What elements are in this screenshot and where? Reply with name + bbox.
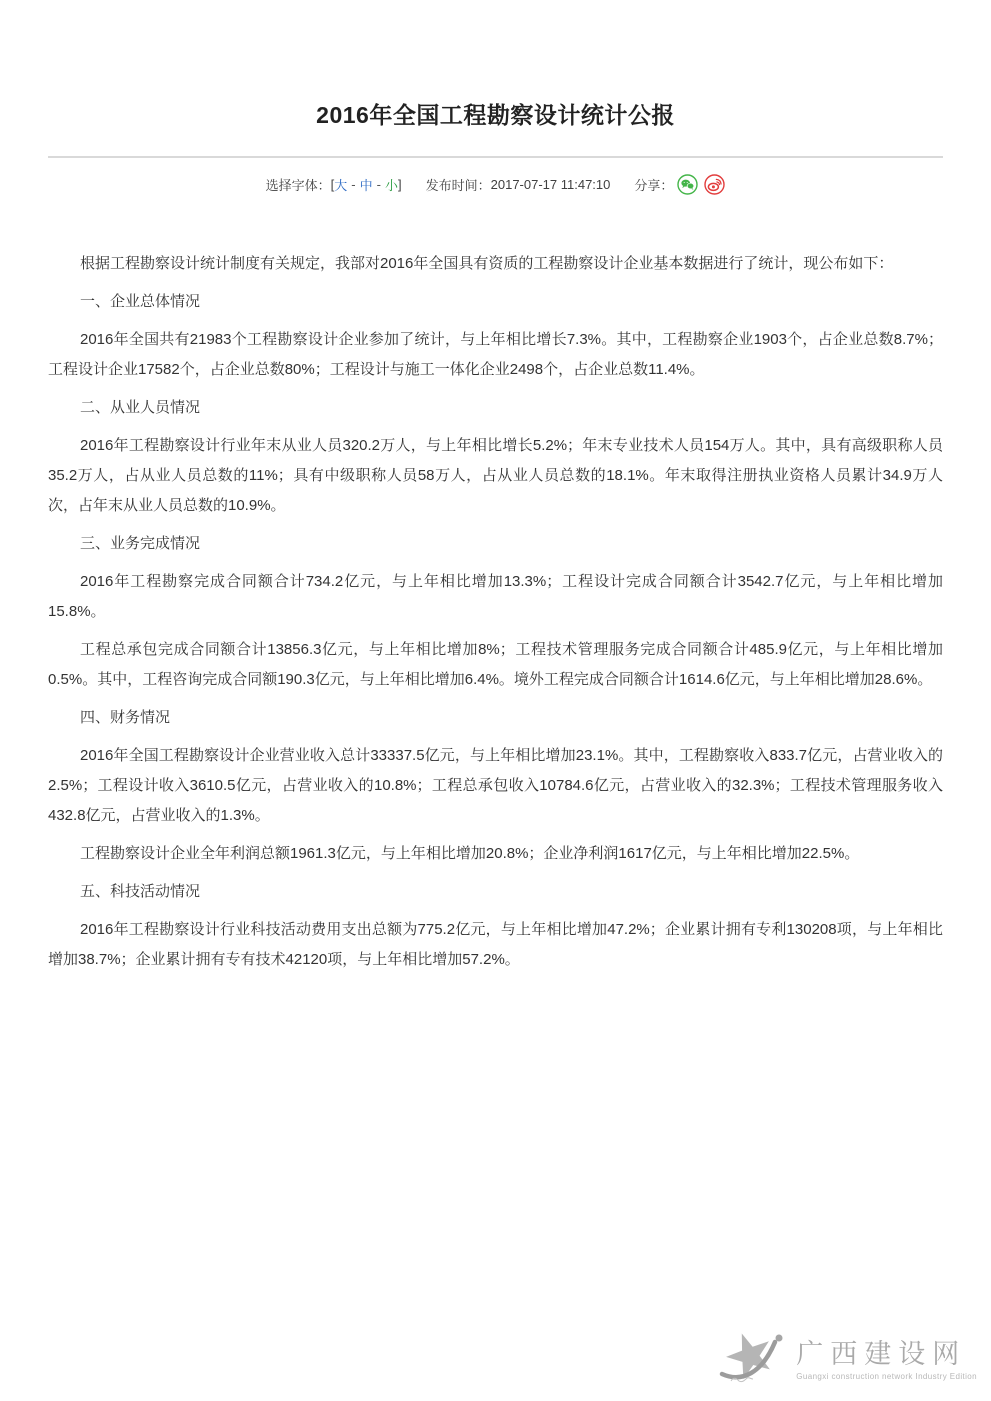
font-size-label: 选择字体：: [266, 175, 331, 194]
section-heading: 四、财务情况: [48, 703, 943, 733]
font-size-large-link[interactable]: 大: [334, 175, 347, 194]
publish-time-value: 2017-07-17 11:47:10: [491, 177, 611, 192]
article-paragraph: 2016年工程勘察设计行业年末从业人员320.2万人，与上年相比增长5.2%；年…: [48, 431, 943, 521]
article-paragraph: 工程总承包完成合同额合计13856.3亿元，与上年相比增加8%；工程技术管理服务…: [48, 635, 943, 695]
page: 2016年全国工程勘察设计统计公报 选择字体： [ 大 - 中 - 小 ] 发布…: [0, 0, 991, 1401]
section-heading: 一、企业总体情况: [48, 287, 943, 317]
article-paragraph: 根据工程勘察设计统计制度有关规定，我部对2016年全国具有资质的工程勘察设计企业…: [48, 249, 943, 279]
watermark-text: 广西建设网 Guangxi construction network Indus…: [796, 1340, 977, 1381]
article-paragraph: 工程勘察设计企业全年利润总额1961.3亿元，与上年相比增加20.8%；企业净利…: [48, 839, 943, 869]
weibo-icon[interactable]: [704, 174, 725, 195]
meta-bar: 选择字体： [ 大 - 中 - 小 ] 发布时间： 2017-07-17 11:…: [0, 174, 991, 195]
font-size-separator: -: [377, 177, 381, 192]
share-icon-group: [677, 174, 725, 195]
share-label: 分享：: [634, 175, 673, 194]
section-heading: 五、科技活动情况: [48, 877, 943, 907]
watermark-site-name: 广西建设网: [796, 1340, 977, 1370]
wechat-icon[interactable]: [677, 174, 698, 195]
font-size-small-link[interactable]: 小: [385, 175, 398, 194]
header-divider: [48, 156, 943, 158]
watermark-site-tagline: Guangxi construction network Industry Ed…: [796, 1372, 977, 1381]
article-paragraph: 2016年全国工程勘察设计企业营业收入总计33337.5亿元，与上年相比增加23…: [48, 741, 943, 831]
article-body: 根据工程勘察设计统计制度有关规定，我部对2016年全国具有资质的工程勘察设计企业…: [48, 249, 943, 975]
publish-time-label: 发布时间：: [426, 175, 491, 194]
star-logo-icon: [718, 1328, 790, 1393]
page-title: 2016年全国工程勘察设计统计公报: [0, 0, 991, 130]
publish-time: 发布时间： 2017-07-17 11:47:10: [426, 175, 611, 194]
font-size-selector: 选择字体： [ 大 - 中 - 小 ]: [266, 175, 402, 194]
font-size-separator: -: [351, 177, 355, 192]
article-paragraph: 2016年全国共有21983个工程勘察设计企业参加了统计，与上年相比增长7.3%…: [48, 325, 943, 385]
section-heading: 三、业务完成情况: [48, 529, 943, 559]
font-size-medium-link[interactable]: 中: [360, 175, 373, 194]
share-bar: 分享：: [634, 174, 725, 195]
watermark: 广西建设网 Guangxi construction network Indus…: [718, 1328, 977, 1393]
article-paragraph: 2016年工程勘察完成合同额合计734.2亿元，与上年相比增加13.3%；工程设…: [48, 567, 943, 627]
article-paragraph: 2016年工程勘察设计行业科技活动费用支出总额为775.2亿元，与上年相比增加4…: [48, 915, 943, 975]
bracket-close: ]: [398, 177, 402, 192]
section-heading: 二、从业人员情况: [48, 393, 943, 423]
